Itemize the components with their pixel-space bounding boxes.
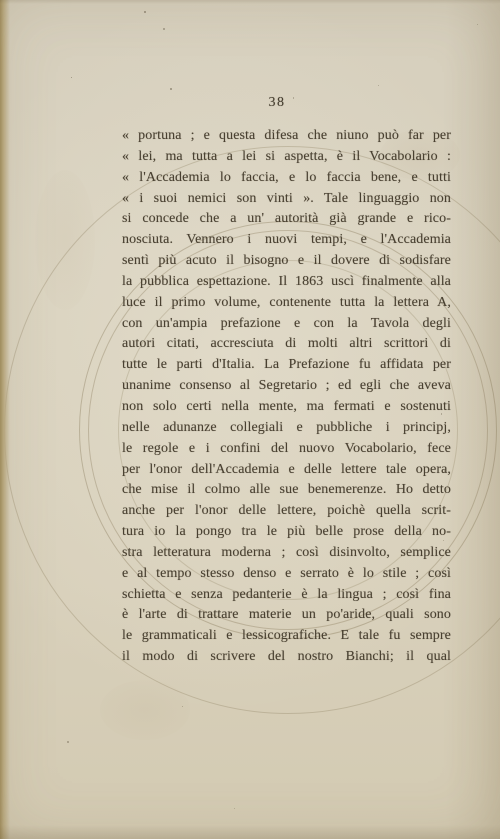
body-text: « portuna ; e questa difesa che niuno pu… — [122, 126, 451, 668]
text-line: « l'Accademia lo faccia, e lo faccia ben… — [122, 168, 451, 189]
text-line: nelle adunanze collegiali e pubbliche i … — [122, 418, 451, 439]
text-line: schietta e senza pedanterie è la lingua … — [122, 585, 451, 606]
text-line: anche per l'onor delle lettere, poichè q… — [122, 501, 451, 522]
text-line: nosciuta. Vennero i nuovi tempi, e l'Acc… — [122, 230, 451, 251]
text-line: tura io la pongo tra le più belle prose … — [122, 522, 451, 543]
text-line: stra letteratura moderna ; così disinvol… — [122, 543, 451, 564]
text-line: unanime consenso al Segretario ; ed egli… — [122, 376, 451, 397]
paper-speck — [71, 77, 72, 78]
page-number: 38 — [112, 95, 442, 111]
text-line: e al tempo stesso denso e serrato è lo s… — [122, 564, 451, 585]
paper-speck — [234, 808, 235, 809]
text-line: è l'arte di trattare materie un po'aride… — [122, 605, 451, 626]
page-bottom-edge — [0, 825, 500, 839]
paper-speck — [378, 85, 379, 86]
text-line: « portuna ; e questa difesa che niuno pu… — [122, 126, 451, 147]
paper-stain — [100, 680, 190, 740]
text-line: sentì più acuto il bisogno e il dovere d… — [122, 251, 451, 272]
text-line: « i suoi nemici son vinti ». Tale lingua… — [122, 189, 451, 210]
page-right-edge — [445, 0, 500, 839]
text-line: il modo di scrivere del nostro Bianchi; … — [122, 647, 451, 668]
paper-speck — [144, 11, 146, 13]
paper-speck — [163, 28, 165, 30]
text-line: tutte le parti d'Italia. La Prefazione f… — [122, 355, 451, 376]
text-line: autori citati, accresciuta di molti altr… — [122, 334, 451, 355]
text-line: si concede che a un' autorità già grande… — [122, 209, 451, 230]
page-top-edge — [0, 0, 500, 4]
paper-speck — [67, 741, 69, 743]
paper-speck — [170, 88, 172, 90]
paper-stain — [35, 170, 95, 310]
text-line: luce il primo volume, contenente tutta l… — [122, 293, 451, 314]
text-line: non solo certi nella mente, ma fermati e… — [122, 397, 451, 418]
text-line: per l'onor dell'Accademia e delle letter… — [122, 460, 451, 481]
page-binding-edge — [0, 0, 10, 839]
text-line: le grammaticali e lessicografiche. E tal… — [122, 626, 451, 647]
text-line: la pubblica espettazione. Il 1863 uscì f… — [122, 272, 451, 293]
text-line: le regole e i confini del nuovo Vocabola… — [122, 439, 451, 460]
text-line: « lei, ma tutta a lei si aspetta, è il V… — [122, 147, 451, 168]
scanned-book-page: 38 « portuna ; e questa difesa che niuno… — [0, 0, 500, 839]
text-line: che mise il colmo alle sue benemerenze. … — [122, 480, 451, 501]
paper-speck — [182, 706, 183, 707]
text-line: con un'ampia prefazione e con la Tavola … — [122, 314, 451, 335]
